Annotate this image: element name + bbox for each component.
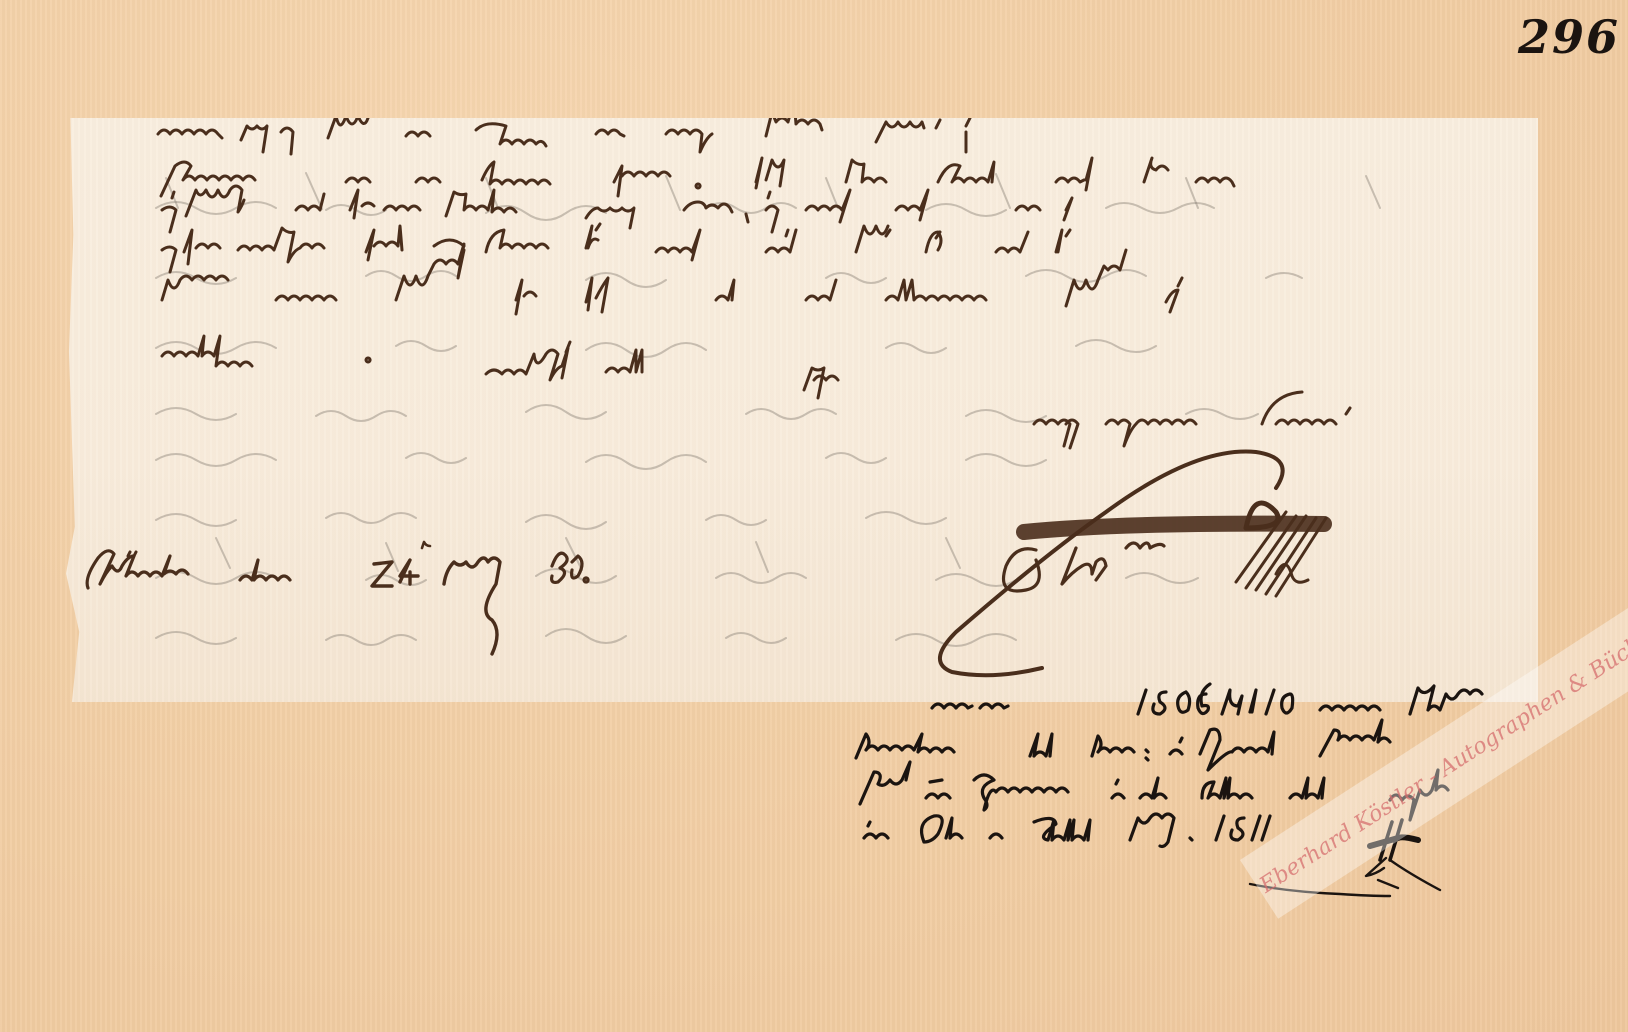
letter-fragment: können, sonst hatte der Teufel die ganze… bbox=[66, 118, 1538, 702]
page-number: 296 bbox=[1518, 10, 1620, 64]
album-mount-page: 296 bbox=[0, 0, 1628, 1032]
